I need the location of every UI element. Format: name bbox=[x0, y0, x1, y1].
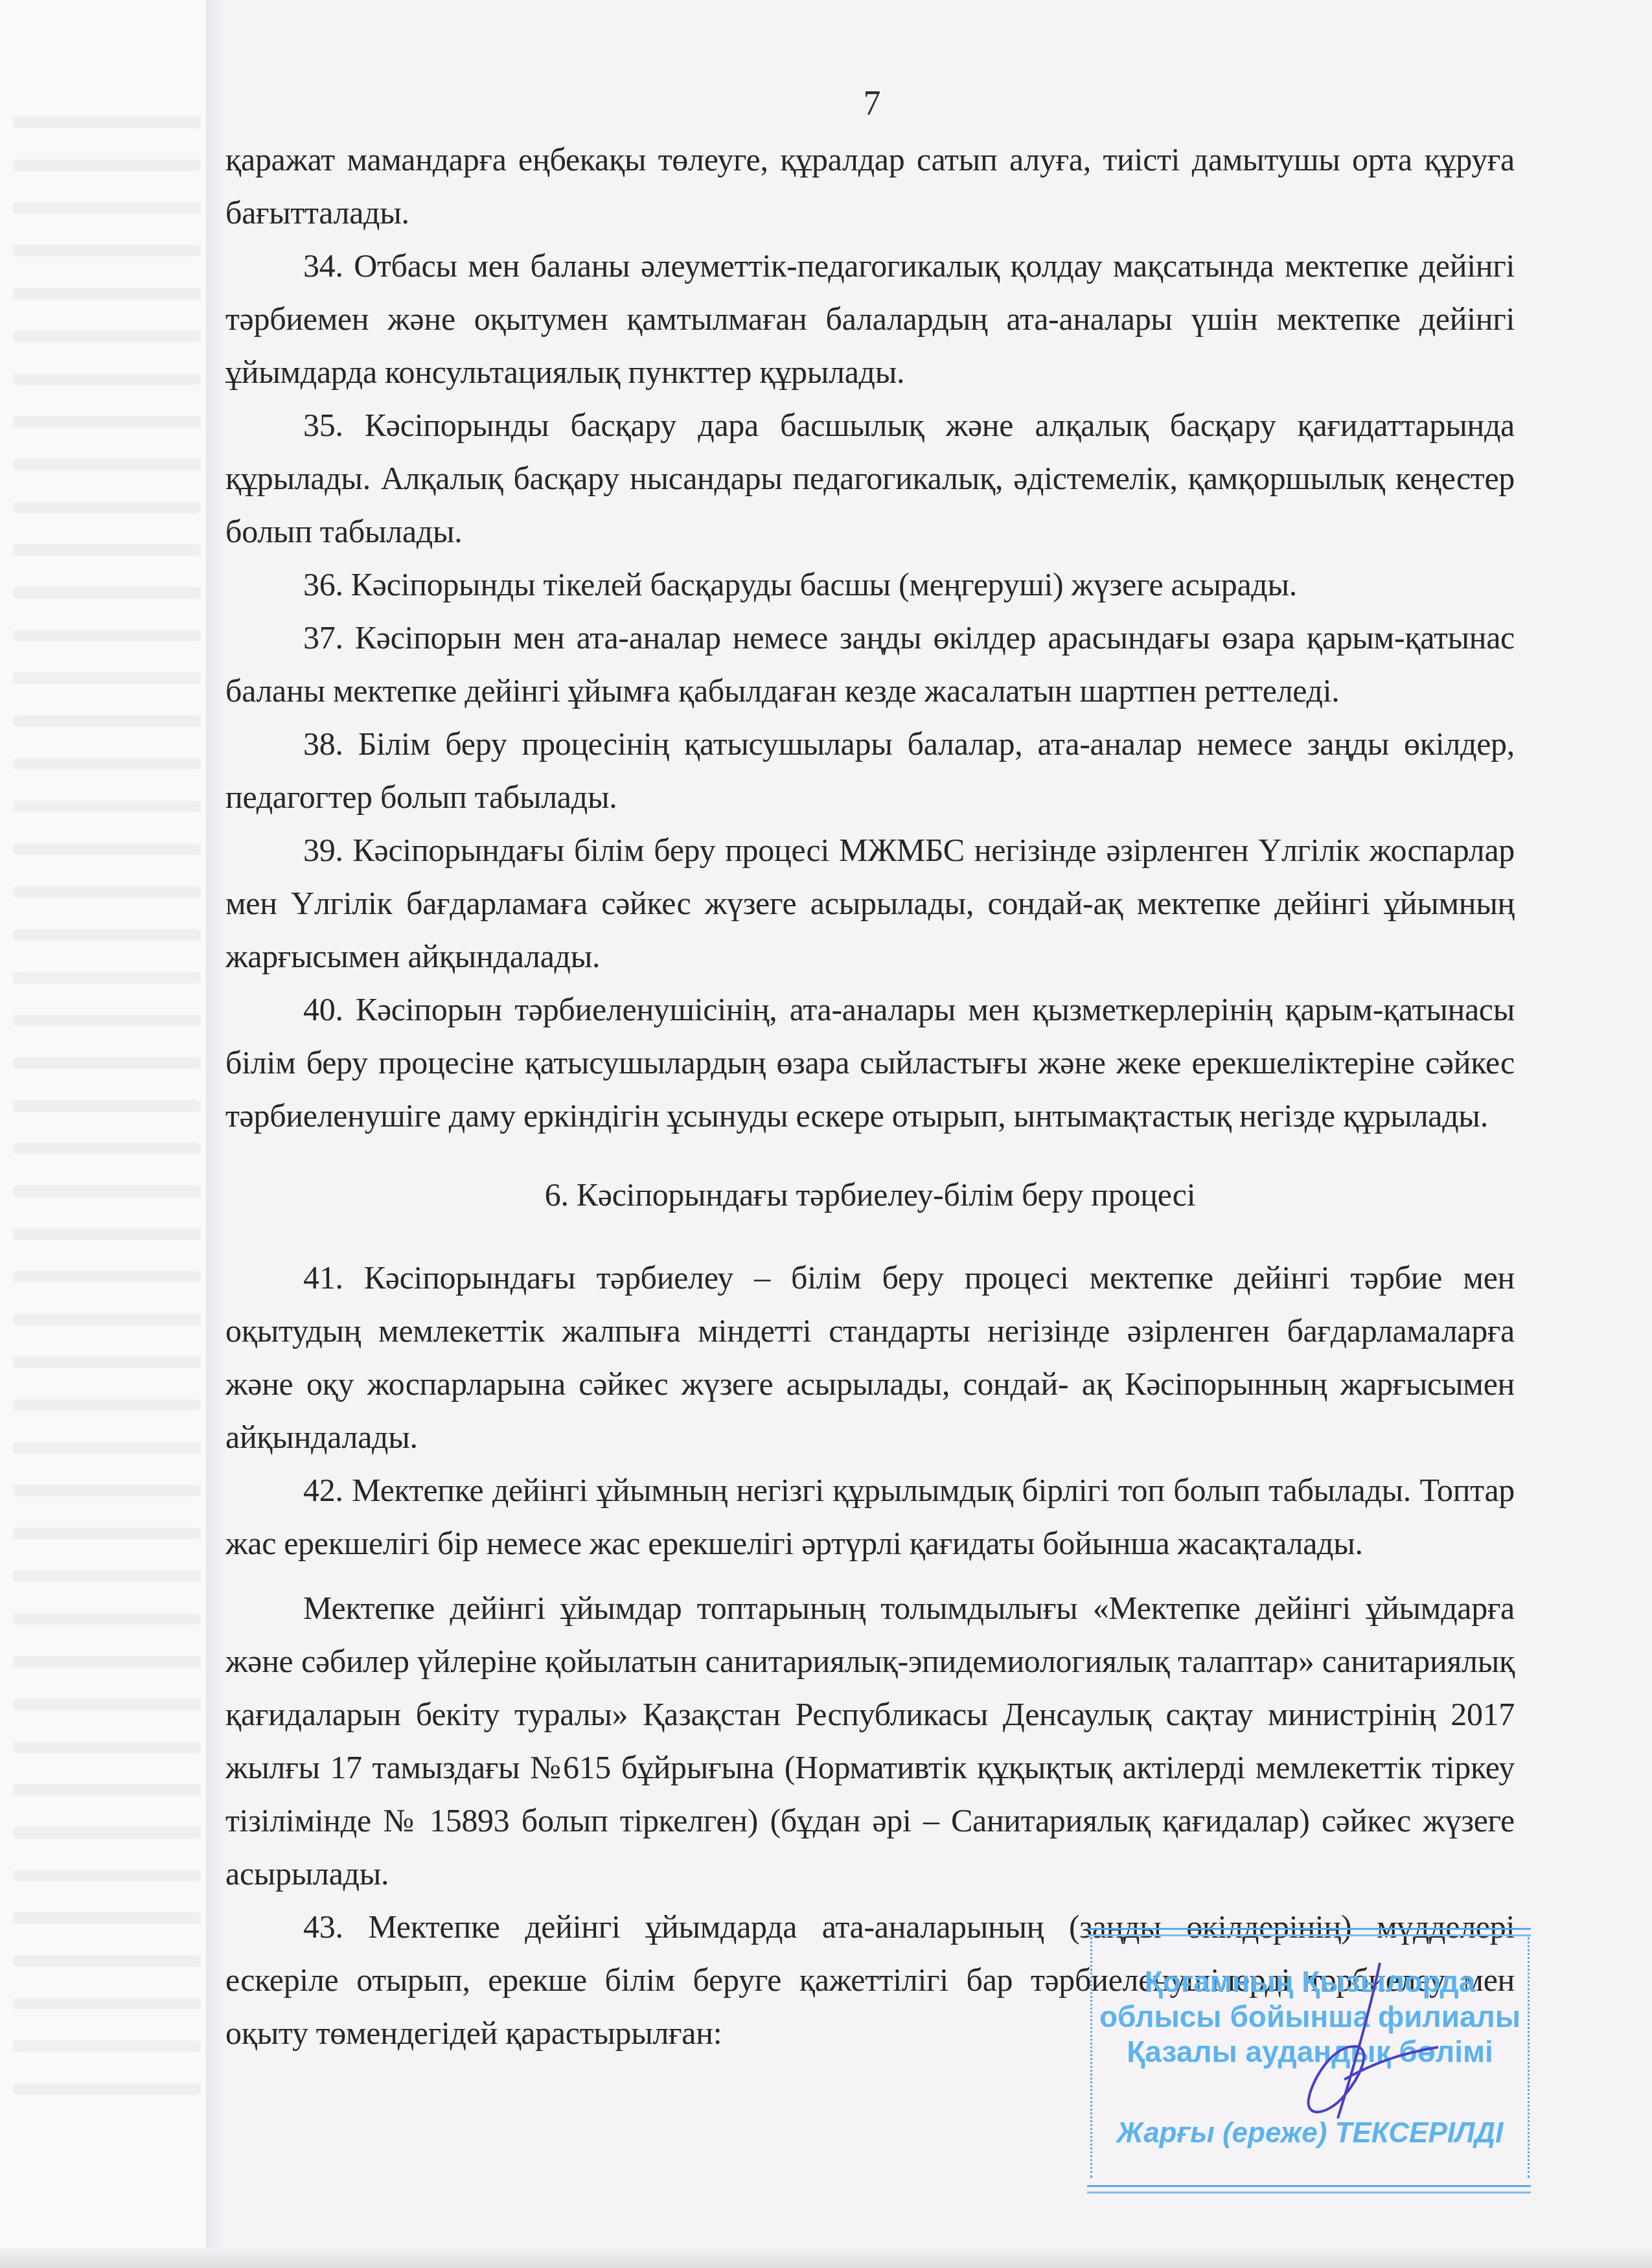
paragraph-36: 36. Кәсіпорынды тікелей басқаруды басшы … bbox=[225, 558, 1515, 611]
stamp-bottom-border bbox=[1087, 2185, 1531, 2194]
paragraph-42-groups: Мектепке дейінгі ұйымдар топтарының толы… bbox=[225, 1581, 1515, 1900]
stamp-top-border bbox=[1087, 1928, 1531, 1936]
page-edge-shadow bbox=[206, 0, 224, 2268]
paragraph-40: 40. Кәсіпорын тәрбиеленушісінің, ата-ана… bbox=[225, 983, 1515, 1142]
paragraph-39: 39. Кәсіпорындағы білім беру процесі МЖМ… bbox=[225, 823, 1515, 983]
paragraph-38: 38. Білім беру процесінің қатысушылары б… bbox=[225, 717, 1515, 823]
document-body: қаражат мамандарға еңбекақы төлеуге, құр… bbox=[225, 133, 1515, 2059]
paragraph-37: 37. Кәсіпорын мен ата-аналар немесе заңд… bbox=[225, 611, 1515, 717]
section-heading: 6. Кәсіпорындағы тәрбиелеу-білім беру пр… bbox=[225, 1168, 1515, 1221]
paragraph-42: 42. Мектепке дейінгі ұйымның негізгі құр… bbox=[225, 1463, 1515, 1570]
page-number: 7 bbox=[224, 83, 1520, 123]
paragraph-33-continuation: қаражат мамандарға еңбекақы төлеуге, құр… bbox=[225, 133, 1515, 239]
paragraph-35: 35. Кәсіпорынды басқару дара басшылық жә… bbox=[225, 398, 1515, 558]
ghost-text-lines bbox=[13, 117, 201, 2126]
paragraph-34: 34. Отбасы мен баланы әлеуметтік-педагог… bbox=[225, 239, 1515, 398]
signature-icon bbox=[1283, 1950, 1477, 2144]
paragraph-41: 41. Кәсіпорындағы тәрбиелеу – білім беру… bbox=[225, 1251, 1515, 1463]
facing-page-bleed bbox=[0, 0, 214, 2268]
page-bottom-shadow bbox=[0, 2248, 1652, 2268]
